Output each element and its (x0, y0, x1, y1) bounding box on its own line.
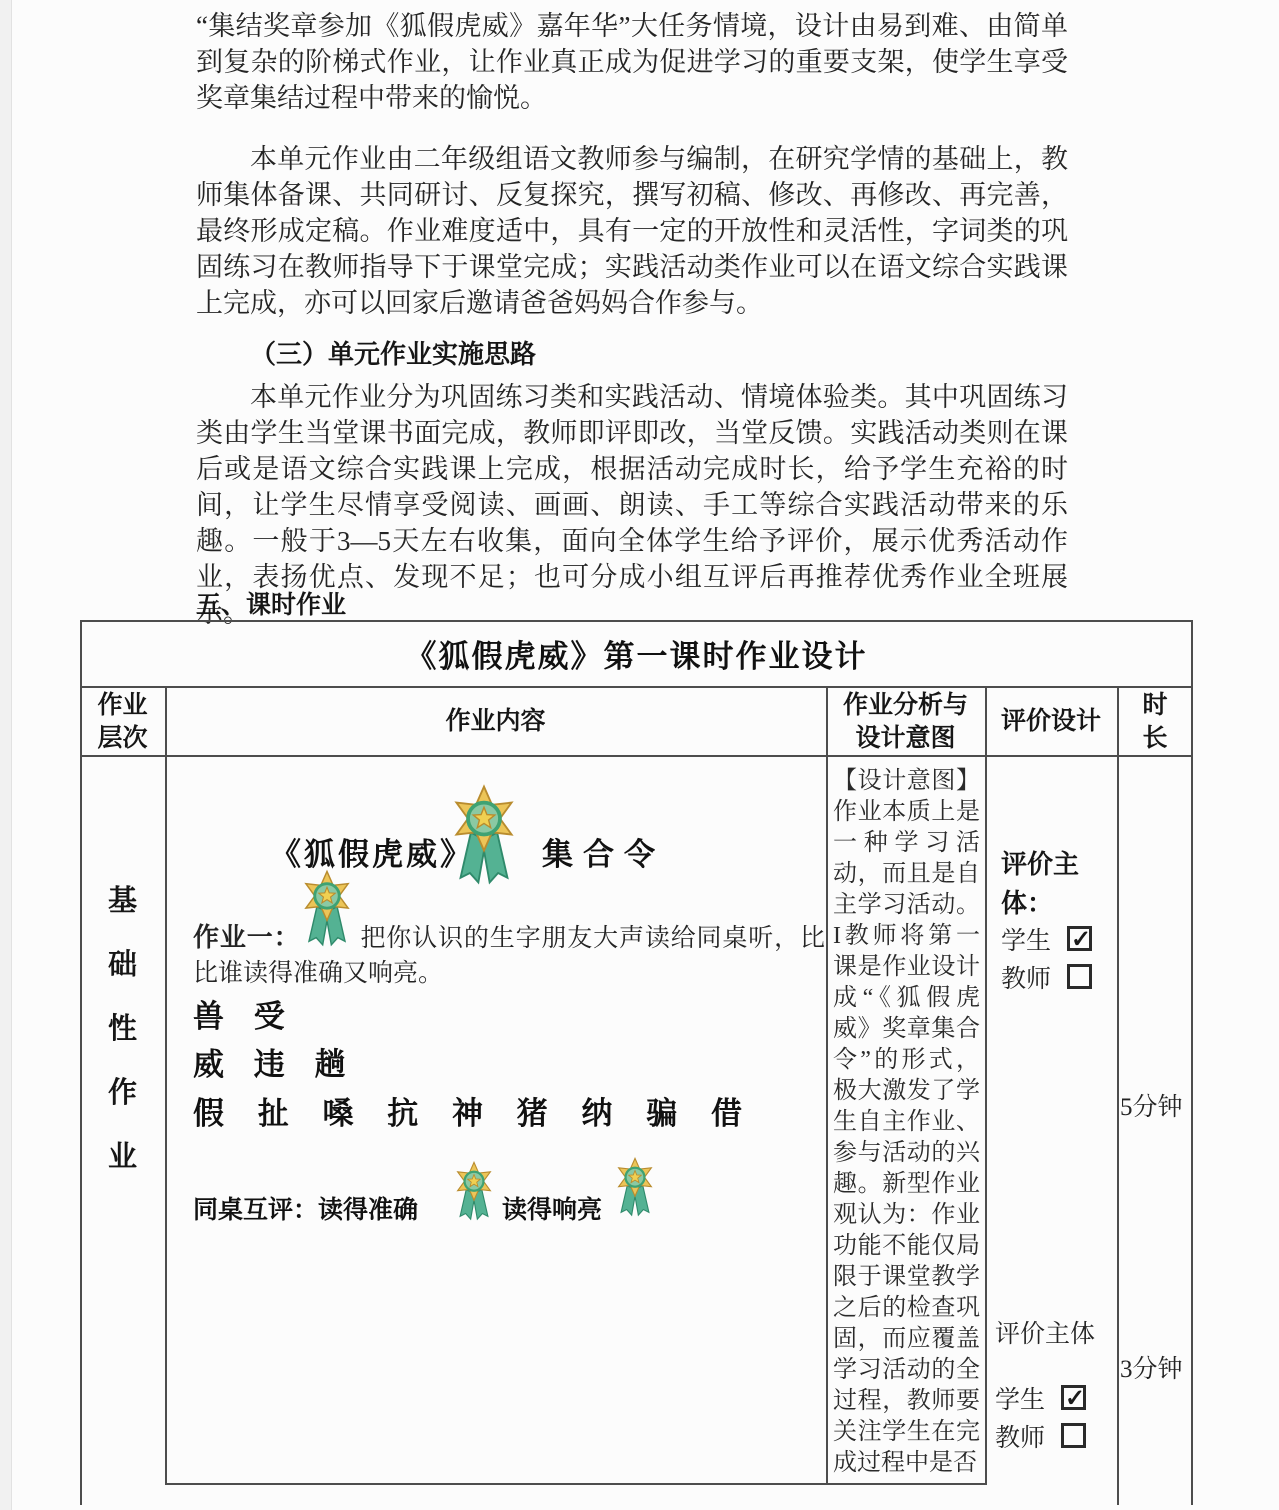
character-row-3: 假 扯 嗓 抗 神 猪 纳 骗 借 (193, 1088, 742, 1133)
task-one: 作业一：把你认识的生字朋友大声读给同桌听，比比谁读得准确又响亮。 (193, 920, 825, 991)
evaluation-item-label: 学生 (995, 1387, 1045, 1414)
character-row-2: 威 违 趟 (193, 1039, 346, 1084)
checkbox-checked-icon (1067, 926, 1092, 951)
star-medal-icon (607, 1155, 663, 1219)
star-medal-icon (437, 781, 531, 889)
level-label-vertical: 基础性作业 (107, 869, 139, 1189)
cell-homework-content: 《狐假虎威》 集合令 作业一：把你认识的生字朋友大声读给同桌听，比比谁读得准确又… (165, 757, 826, 1510)
task-one-label: 作业一： (193, 923, 300, 952)
duration-value-1: 5分钟 (1120, 1087, 1183, 1123)
header-label: 作业内容 (445, 705, 545, 738)
paragraph-unit-homework: 本单元作业由二年级组语文教师参与编制，在研究学情的基础上，教师集体备课、共同研讨… (196, 141, 1068, 321)
header-analysis-intent: 作业分析与设计意图 (826, 688, 985, 755)
evaluation-item-label: 学生 (1001, 928, 1051, 955)
cell-duration: 5分钟 3分钟 (1117, 757, 1193, 1510)
table-title: 《狐假虎威》第一课时作业设计 (80, 622, 1193, 684)
banner-suffix: 集合令 (542, 829, 665, 874)
evaluation-subject-heading: 评价主体： (1001, 845, 1101, 923)
checkbox-empty-icon (1067, 964, 1092, 989)
evaluation-item-student: 学生 (995, 1382, 1117, 1420)
paragraph-continuation: “集结奖章参加《狐假虎威》嘉年华”大任务情境，设计由易到难、由简单到复杂的阶梯式… (196, 8, 1068, 116)
evaluation-item-teacher: 教师 (995, 1420, 1117, 1458)
header-homework-level: 作业层次 (80, 688, 165, 755)
peer-review-line: 同桌互评：读得准确读得响亮 (193, 1190, 602, 1226)
cell-homework-level: 基础性作业 (80, 757, 165, 1510)
peer-review-item-accurate: 读得准确 (318, 1197, 418, 1224)
character-row-1: 兽 受 (193, 991, 285, 1036)
page-edge (0, 0, 12, 1510)
evaluation-item-label: 教师 (995, 1425, 1045, 1452)
header-label: 作业层次 (95, 689, 151, 755)
evaluation-block-1: 评价主体： 学生 教师 (1001, 845, 1101, 999)
cell-analysis-intent: 【设计意图】作业本质上是一种学习活动，而且是自主学习活动。I教师将第一课是作业设… (826, 757, 985, 1485)
evaluation-block-2: 评价主体 学生 教师 (995, 1315, 1117, 1458)
peer-review-item-loud: 读得响亮 (502, 1197, 602, 1224)
body-text: “集结奖章参加《狐假虎威》嘉年华”大任务情境，设计由易到难、由简单到复杂的阶梯式… (196, 8, 1068, 631)
checkbox-empty-icon (1061, 1423, 1086, 1448)
evaluation-item-student: 学生 (1001, 923, 1101, 961)
header-label: 作业分析与设计意图 (836, 689, 976, 755)
header-evaluation-design: 评价设计 (985, 688, 1117, 755)
duration-value-2: 3分钟 (1120, 1349, 1183, 1385)
checkbox-checked-icon (1061, 1385, 1086, 1410)
evaluation-item-label: 教师 (1001, 966, 1051, 993)
peer-review-label: 同桌互评： (193, 1197, 318, 1224)
evaluation-item-teacher: 教师 (1001, 961, 1101, 999)
document-page: “集结奖章参加《狐假虎威》嘉年华”大任务情境，设计由易到难、由简单到复杂的阶梯式… (0, 0, 1279, 1510)
lesson-homework-heading: 五、课时作业 (196, 585, 346, 621)
evaluation-subject-heading: 评价主体 (995, 1315, 1117, 1354)
section-heading: （三）单元作业实施思路 (250, 336, 1068, 372)
star-medal-icon (446, 1159, 502, 1223)
header-duration: 时长 (1117, 688, 1193, 755)
design-intent-text: 【设计意图】作业本质上是一种学习活动，而且是自主学习活动。I教师将第一课是作业设… (826, 757, 985, 1479)
header-label: 评价设计 (1001, 705, 1101, 738)
cell-evaluation-design: 评价主体： 学生 教师 评价主体 学生 教师 (985, 757, 1117, 1510)
header-homework-content: 作业内容 (165, 688, 826, 755)
header-label: 时长 (1142, 689, 1169, 755)
homework-design-table: 《狐假虎威》第一课时作业设计 作业层次 作业内容 作业分析与设计意图 评价设计 … (80, 620, 1193, 1510)
